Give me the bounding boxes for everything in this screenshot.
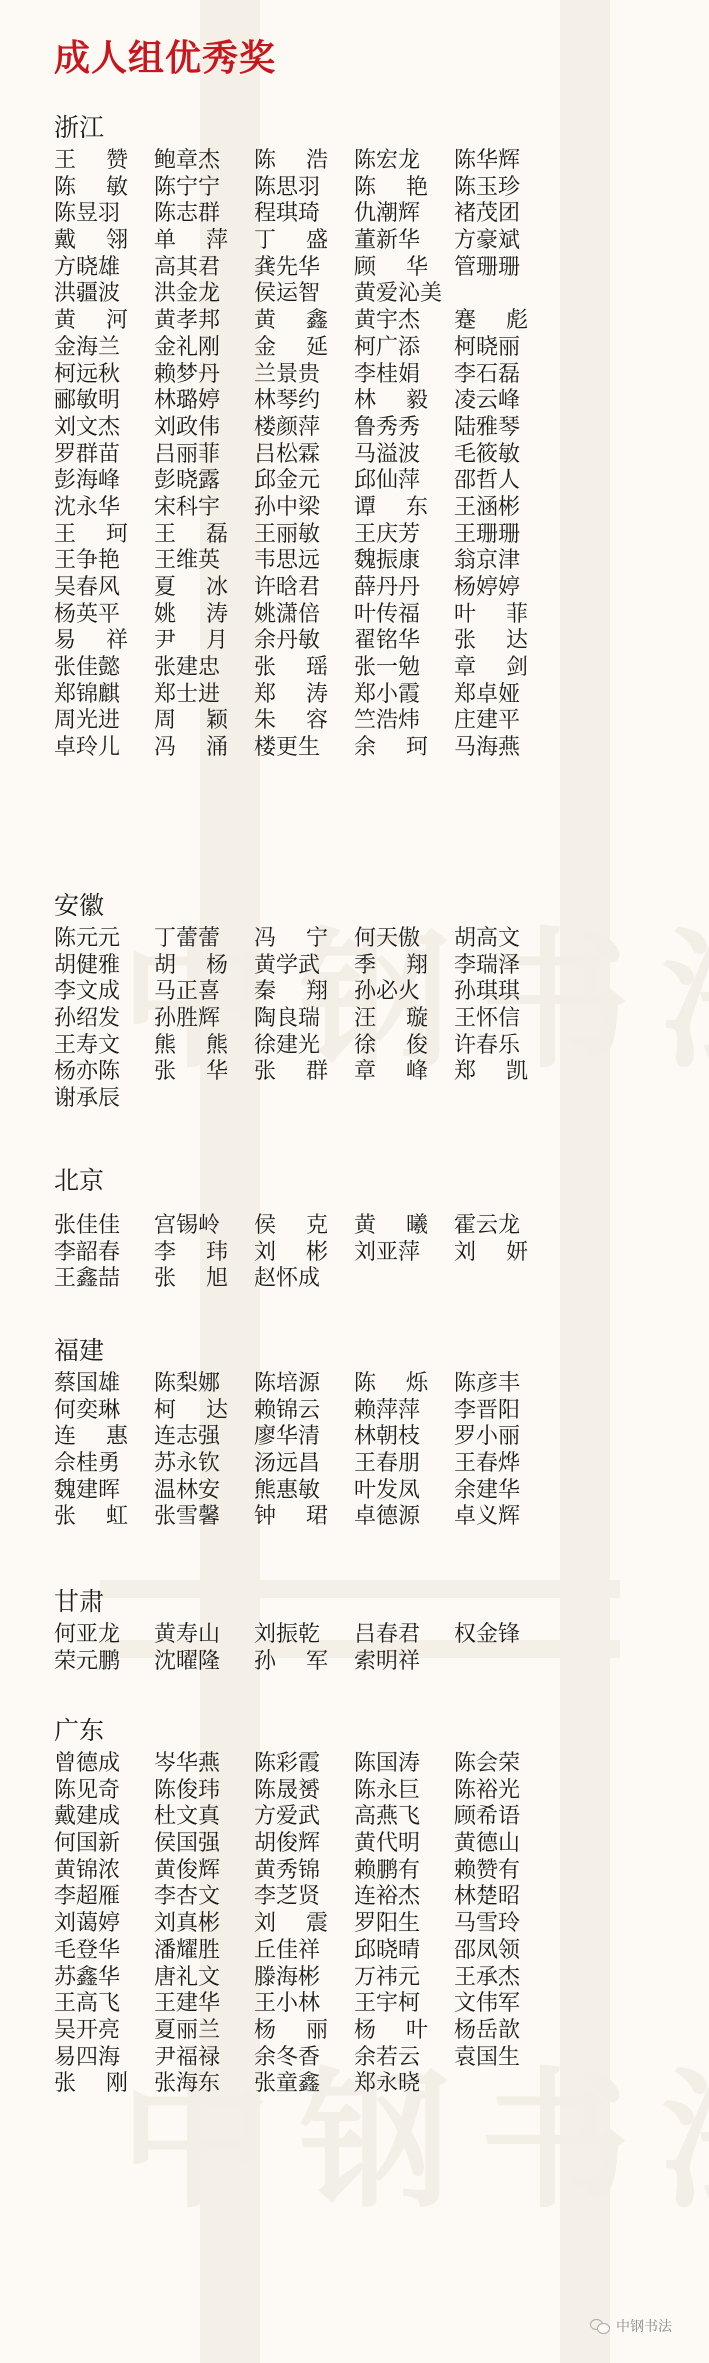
awardee-name: 邱金元	[254, 468, 328, 494]
awardee-name: 刘震	[254, 1911, 328, 1937]
awardee-name: 徐建光	[254, 1033, 328, 1059]
awardee-name: 单萍	[154, 228, 228, 254]
awardee-name: 王建华	[154, 1991, 228, 2017]
awardee-name: 王春朋	[354, 1451, 428, 1477]
awardee-name: 李桂娟	[354, 362, 428, 388]
awardee-name: 王承杰	[454, 1965, 528, 1991]
awardee-name: 陈见奇	[54, 1778, 128, 1804]
awardee-name: 张建忠	[154, 655, 228, 681]
awardee-name: 林琴约	[254, 388, 328, 414]
name-char: 王	[54, 148, 76, 174]
name-char: 熊	[154, 1033, 176, 1059]
name-row: 李文成马正喜秦翔孙必火孙琪琪	[54, 979, 104, 1006]
awardee-name: 廖华清	[254, 1424, 328, 1450]
awardee-name: 陈昱羽	[54, 201, 128, 227]
name-char: 延	[306, 335, 328, 361]
awardee-name: 万祎元	[354, 1965, 428, 1991]
awardee-name: 黄爱沁美	[354, 281, 454, 307]
awardee-name: 卓德源	[354, 1504, 428, 1530]
awardee-name: 王小林	[254, 1991, 328, 2017]
awardee-name: 陈裕光	[454, 1778, 528, 1804]
name-row: 柯远秋赖梦丹兰景贵李桂娟李石磊	[54, 362, 104, 389]
name-char: 钟	[254, 1504, 276, 1530]
name-row: 王赞鲍章杰陈浩陈宏龙陈华辉	[54, 148, 104, 175]
awardee-name: 唐礼文	[154, 1965, 228, 1991]
awardee-name: 程琪琦	[254, 201, 328, 227]
awardee-name: 方爱武	[254, 1804, 328, 1830]
awardee-name: 余丹敏	[254, 628, 328, 654]
awardee-name: 易祥	[54, 628, 128, 654]
awardee-name: 王珊珊	[454, 522, 528, 548]
awardee-name: 李石磊	[454, 362, 528, 388]
awardee-name: 林毅	[354, 388, 428, 414]
awardee-name: 陈宁宁	[154, 175, 228, 201]
awardee-name: 孙中梁	[254, 495, 328, 521]
awardee-name: 杨婷婷	[454, 575, 528, 601]
awardee-name: 林楚昭	[454, 1884, 528, 1910]
awardee-name: 吕丽菲	[154, 442, 228, 468]
name-char: 磊	[206, 522, 228, 548]
name-char: 李	[154, 1240, 176, 1266]
awardee-name: 胡健雅	[54, 953, 128, 979]
section-beijing: 北京 张佳佳宫锡岭侯克黄曦霍云龙李韶春李玮刘彬刘亚萍刘妍王鑫喆张旭赵怀成	[54, 1165, 104, 1293]
awardee-name: 金延	[254, 335, 328, 361]
awardee-name: 柯达	[154, 1398, 228, 1424]
awardee-name: 汪璇	[354, 1006, 428, 1032]
name-row: 陈敏陈宁宁陈思羽陈艳陈玉珍	[54, 175, 104, 202]
name-char: 旭	[206, 1266, 228, 1292]
awardee-name: 丁蕾蕾	[154, 926, 228, 952]
awardee-name: 翁京津	[454, 548, 528, 574]
awardee-name: 张刚	[54, 2071, 128, 2097]
name-char: 连	[54, 1424, 76, 1450]
awardee-name: 刘振乾	[254, 1622, 328, 1648]
awardee-name: 陈元元	[54, 926, 128, 952]
awardee-name: 庄建平	[454, 708, 528, 734]
awardee-name: 章剑	[454, 655, 528, 681]
name-row: 陈见奇陈俊玮陈晟赟陈永巨陈裕光	[54, 1778, 104, 1805]
awardee-name: 王宇柯	[354, 1991, 428, 2017]
awardee-name: 卓义辉	[454, 1504, 528, 1530]
awardee-name: 余珂	[354, 735, 428, 761]
name-char: 涛	[306, 682, 328, 708]
awardee-name: 熊熊	[154, 1033, 228, 1059]
awardee-name: 胡俊辉	[254, 1831, 328, 1857]
awardee-name: 宫锡岭	[154, 1213, 228, 1239]
awardee-name: 罗小丽	[454, 1424, 528, 1450]
awardee-name: 陈永巨	[354, 1778, 428, 1804]
name-row: 张虹张雪馨钟珺卓德源卓义辉	[54, 1504, 104, 1531]
awardee-name: 连志强	[154, 1424, 228, 1450]
name-row: 胡健雅胡杨黄学武季翔李瑞泽	[54, 953, 104, 980]
awardee-name: 柯远秋	[54, 362, 128, 388]
awardee-name: 罗群苗	[54, 442, 128, 468]
awardee-name: 高燕飞	[354, 1804, 428, 1830]
name-char: 熊	[206, 1033, 228, 1059]
name-row: 黄锦浓黄俊辉黄秀锦赖鹏有赖赞有	[54, 1858, 104, 1885]
name-row: 刘蔼婷刘真彬刘震罗阳生马雪玲	[54, 1911, 104, 1938]
name-char: 剑	[506, 655, 528, 681]
name-char: 张	[54, 2071, 76, 2097]
awardee-name: 李杏文	[154, 1884, 228, 1910]
name-char: 陈	[354, 175, 376, 201]
awardee-name: 张旭	[154, 1266, 228, 1292]
awardee-name: 刘妍	[454, 1240, 528, 1266]
name-char: 烁	[406, 1371, 428, 1397]
awardee-name: 冯涌	[154, 735, 228, 761]
awardee-name: 马正喜	[154, 979, 228, 1005]
name-char: 季	[354, 953, 376, 979]
name-char: 盛	[306, 228, 328, 254]
awardee-name: 黄俊辉	[154, 1858, 228, 1884]
name-char: 秦	[254, 979, 276, 1005]
awardee-name: 金礼刚	[154, 335, 228, 361]
awardee-name: 文伟军	[454, 1991, 528, 2017]
name-char: 珂	[106, 522, 128, 548]
account-name: 中钢书法	[616, 2316, 672, 2336]
awardee-name: 王维英	[154, 548, 228, 574]
section-heading: 福建	[54, 1335, 104, 1371]
name-char: 丁	[254, 228, 276, 254]
name-char: 姚	[154, 602, 176, 628]
name-row: 方晓雄高其君龚先华顾华管珊珊	[54, 255, 104, 282]
section-guangdong: 广东 曾德成岑华燕陈彩霞陈国涛陈会荣陈见奇陈俊玮陈晟赟陈永巨陈裕光戴建成杜文真方…	[54, 1715, 104, 2098]
name-char: 单	[154, 228, 176, 254]
awardee-name: 郑小霞	[354, 682, 428, 708]
section-heading: 北京	[54, 1165, 104, 1201]
awardee-name: 李晋阳	[454, 1398, 528, 1424]
name-char: 瑶	[306, 655, 328, 681]
awardee-name: 张华	[154, 1059, 228, 1085]
name-row: 苏鑫华唐礼文滕海彬万祎元王承杰	[54, 1965, 104, 1992]
awardee-name: 郑锦麒	[54, 682, 128, 708]
awardee-name: 滕海彬	[254, 1965, 328, 1991]
name-char: 彬	[306, 1240, 328, 1266]
name-char: 蹇	[454, 308, 476, 334]
awardee-name: 陈思羽	[254, 175, 328, 201]
awardee-name: 郑涛	[254, 682, 328, 708]
name-char: 顾	[354, 255, 376, 281]
awardee-name: 佘桂勇	[54, 1451, 128, 1477]
name-row: 罗群苗吕丽菲吕松霖马溢波毛筱敏	[54, 442, 104, 469]
awardee-name: 马雪玲	[454, 1911, 528, 1937]
awardee-name: 罗阳生	[354, 1911, 428, 1937]
awardee-name: 邱仙萍	[354, 468, 428, 494]
name-char: 艳	[406, 175, 428, 201]
name-char: 柯	[154, 1398, 176, 1424]
awardee-name: 毛登华	[54, 1938, 128, 1964]
name-row: 洪疆波洪金龙侯运智黄爱沁美	[54, 281, 104, 308]
awardee-name: 宋科宇	[154, 495, 228, 521]
name-row: 杨亦陈张华张群章峰郑凯	[54, 1059, 104, 1086]
awardee-name: 秦翔	[254, 979, 328, 1005]
name-row: 黄河黄孝邦黄鑫黄宇杰蹇彪	[54, 308, 104, 335]
name-char: 军	[306, 1649, 328, 1675]
awardee-name: 林璐婷	[154, 388, 228, 414]
name-char: 刘	[454, 1240, 476, 1266]
name-char: 周	[154, 708, 176, 734]
awardee-name: 王磊	[154, 522, 228, 548]
section-heading: 浙江	[54, 112, 104, 148]
awardee-name: 陈艳	[354, 175, 428, 201]
name-row: 周光进周颖朱容竺浩炜庄建平	[54, 708, 104, 735]
name-row: 陈元元丁蕾蕾冯宁何天傲胡高文	[54, 926, 104, 953]
name-row: 毛登华潘耀胜丘佳祥邱晓晴邵凤领	[54, 1938, 104, 1965]
name-row: 郑锦麒郑士进郑涛郑小霞郑卓娅	[54, 682, 104, 709]
awardee-name: 邱晓晴	[354, 1938, 428, 1964]
name-char: 华	[406, 255, 428, 281]
name-char: 朱	[254, 708, 276, 734]
awardee-name: 赖萍萍	[354, 1398, 428, 1424]
name-char: 陈	[354, 1371, 376, 1397]
awardee-name: 何天傲	[354, 926, 428, 952]
awardee-name: 孙必火	[354, 979, 428, 1005]
name-char: 珂	[406, 735, 428, 761]
awardee-name: 尹福禄	[154, 2045, 228, 2071]
name-char: 汪	[354, 1006, 376, 1032]
awardee-name: 竺浩炜	[354, 708, 428, 734]
name-row: 张刚张海东张童鑫郑永晓	[54, 2071, 104, 2098]
name-char: 胡	[154, 953, 176, 979]
name-char: 华	[206, 1059, 228, 1085]
awardee-name: 邵凤领	[454, 1938, 528, 1964]
awardee-name: 孙绍发	[54, 1006, 128, 1032]
awardee-name: 陈彩霞	[254, 1751, 328, 1777]
name-char: 宁	[306, 926, 328, 952]
wechat-icon	[590, 2319, 610, 2333]
name-char: 月	[206, 628, 228, 654]
name-row: 王高飞王建华王小林王宇柯文伟军	[54, 1991, 104, 2018]
name-char: 徐	[354, 1033, 376, 1059]
name-char: 郑	[254, 682, 276, 708]
awardee-name: 姚潇倍	[254, 602, 328, 628]
name-row: 易四海尹福禄余冬香余若云袁国生	[54, 2045, 104, 2072]
name-char: 林	[354, 388, 376, 414]
awardee-name: 何亚龙	[54, 1622, 128, 1648]
awardee-name: 金海兰	[54, 335, 128, 361]
awardee-name: 徐俊	[354, 1033, 428, 1059]
name-char: 冯	[254, 926, 276, 952]
name-row: 曾德成岑华燕陈彩霞陈国涛陈会荣	[54, 1751, 104, 1778]
name-grid: 张佳佳宫锡岭侯克黄曦霍云龙李韶春李玮刘彬刘亚萍刘妍王鑫喆张旭赵怀成	[54, 1213, 104, 1293]
awardee-name: 蔡国雄	[54, 1371, 128, 1397]
awardee-name: 顾希语	[454, 1804, 528, 1830]
awardee-name: 陈华辉	[454, 148, 528, 174]
awardee-name: 李文成	[54, 979, 128, 1005]
name-char: 叶	[454, 602, 476, 628]
name-char: 丽	[306, 2018, 328, 2044]
name-row: 吴春风夏冰许晗君薛丹丹杨婷婷	[54, 575, 104, 602]
name-row: 谢承辰	[54, 1086, 104, 1113]
name-char: 叶	[406, 2018, 428, 2044]
awardee-name: 杨英平	[54, 602, 128, 628]
name-char: 夏	[154, 575, 176, 601]
name-char: 浩	[306, 148, 328, 174]
awardee-name: 王争艳	[54, 548, 128, 574]
awardee-name: 吴春风	[54, 575, 128, 601]
awardee-name: 温林安	[154, 1478, 228, 1504]
awardee-name: 彭晓露	[154, 468, 228, 494]
awardee-name: 姚涛	[154, 602, 228, 628]
name-char: 刘	[254, 1911, 276, 1937]
name-char: 峰	[406, 1059, 428, 1085]
name-char: 翎	[106, 228, 128, 254]
awardee-name: 丁盛	[254, 228, 328, 254]
awardee-name: 张童鑫	[254, 2071, 328, 2097]
awardee-name: 李瑞泽	[454, 953, 528, 979]
name-row: 何奕琳柯达赖锦云赖萍萍李晋阳	[54, 1398, 104, 1425]
name-grid: 曾德成岑华燕陈彩霞陈国涛陈会荣陈见奇陈俊玮陈晟赟陈永巨陈裕光戴建成杜文真方爱武高…	[54, 1751, 104, 2098]
awardee-name: 陈彦丰	[454, 1371, 528, 1397]
awardee-name: 夏冰	[154, 575, 228, 601]
name-char: 容	[306, 708, 328, 734]
name-char: 余	[354, 735, 376, 761]
awardee-name: 兰景贵	[254, 362, 328, 388]
awardee-name: 冯宁	[254, 926, 328, 952]
name-char: 翔	[406, 953, 428, 979]
name-char: 陈	[254, 148, 276, 174]
name-char: 珺	[306, 1504, 328, 1530]
awardee-name: 周光进	[54, 708, 128, 734]
awardee-name: 邵哲人	[454, 468, 528, 494]
awardee-name: 张一勉	[354, 655, 428, 681]
name-row: 魏建晖温林安熊惠敏叶发凤余建华	[54, 1478, 104, 1505]
awardee-name: 董新华	[354, 228, 428, 254]
awardee-name: 陈宏龙	[354, 148, 428, 174]
awardee-name: 方豪斌	[454, 228, 528, 254]
awardee-name: 黄宇杰	[354, 308, 428, 334]
awardee-name: 陈敏	[54, 175, 128, 201]
awardee-name: 夏丽兰	[154, 2018, 228, 2044]
awardee-name: 陆雅琴	[454, 415, 528, 441]
awardee-name: 钟珺	[254, 1504, 328, 1530]
awardee-name: 朱容	[254, 708, 328, 734]
name-grid: 王赞鲍章杰陈浩陈宏龙陈华辉陈敏陈宁宁陈思羽陈艳陈玉珍陈昱羽陈志群程琪琦仇潮辉褚茂…	[54, 148, 104, 762]
name-char: 黄	[54, 308, 76, 334]
awardee-name: 曾德成	[54, 1751, 128, 1777]
awardee-name: 魏建晖	[54, 1478, 128, 1504]
name-grid: 蔡国雄陈梨娜陈培源陈烁陈彦丰何奕琳柯达赖锦云赖萍萍李晋阳连惠连志强廖华清林朝枝罗…	[54, 1371, 104, 1531]
awardee-name: 吕春君	[354, 1622, 428, 1648]
name-char: 张	[154, 1266, 176, 1292]
awardee-name: 刘真彬	[154, 1911, 228, 1937]
name-char: 黄	[354, 1213, 376, 1239]
awardee-name: 章峰	[354, 1059, 428, 1085]
awardee-name: 侯国强	[154, 1831, 228, 1857]
name-char: 张	[154, 1059, 176, 1085]
awardee-name: 郑卓娅	[454, 682, 528, 708]
awardee-name: 王庆芳	[354, 522, 428, 548]
awardee-name: 熊惠敏	[254, 1478, 328, 1504]
awardee-name: 尹月	[154, 628, 228, 654]
name-char: 达	[506, 628, 528, 654]
name-char: 涛	[206, 602, 228, 628]
awardee-name: 赖锦云	[254, 1398, 328, 1424]
awardee-name: 赖鹏有	[354, 1858, 428, 1884]
awardee-name: 刘蔼婷	[54, 1911, 128, 1937]
awardee-name: 霍云龙	[454, 1213, 528, 1239]
name-char: 涌	[206, 735, 228, 761]
awardee-name: 余冬香	[254, 2045, 328, 2071]
awardee-name: 许春乐	[454, 1033, 528, 1059]
awardee-name: 仇潮辉	[354, 201, 428, 227]
name-row: 沈永华宋科宇孙中梁谭东王涵彬	[54, 495, 104, 522]
awardee-name: 陈国涛	[354, 1751, 428, 1777]
name-char: 王	[54, 522, 76, 548]
name-char: 俊	[406, 1033, 428, 1059]
awardee-name: 柯广添	[354, 335, 428, 361]
name-char: 冯	[154, 735, 176, 761]
name-row: 何亚龙黄寿山刘振乾吕春君权金锋	[54, 1622, 104, 1649]
name-char: 王	[154, 522, 176, 548]
name-char: 震	[306, 1911, 328, 1937]
awardee-name: 黄秀锦	[254, 1858, 328, 1884]
awardee-name: 苏鑫华	[54, 1965, 128, 1991]
awardee-name: 张佳佳	[54, 1213, 128, 1239]
awardee-name: 何奕琳	[54, 1398, 128, 1424]
awardee-name: 韦思远	[254, 548, 328, 574]
awardee-name: 周颖	[154, 708, 228, 734]
awardee-name: 王春烨	[454, 1451, 528, 1477]
awardee-name: 陈烁	[354, 1371, 428, 1397]
awardee-name: 李韶春	[54, 1240, 128, 1266]
awardee-name: 荣元鹏	[54, 1649, 128, 1675]
awardee-name: 杨亦陈	[54, 1059, 128, 1085]
awardee-name: 赵怀成	[254, 1266, 328, 1292]
awardee-name: 柯晓丽	[454, 335, 528, 361]
name-char: 易	[54, 628, 76, 654]
awardee-name: 薛丹丹	[354, 575, 428, 601]
awardee-name: 黄孝邦	[154, 308, 228, 334]
name-char: 翔	[306, 979, 328, 1005]
awardee-name: 胡高文	[454, 926, 528, 952]
awardee-name: 洪疆波	[54, 281, 128, 307]
name-char: 刘	[254, 1240, 276, 1266]
awardee-name: 陈俊玮	[154, 1778, 228, 1804]
awardee-name: 马海燕	[454, 735, 528, 761]
name-char: 敏	[106, 175, 128, 201]
awardee-name: 林朝枝	[354, 1424, 428, 1450]
name-row: 王珂王磊王丽敏王庆芳王珊珊	[54, 522, 104, 549]
awardee-name: 孙胜辉	[154, 1006, 228, 1032]
name-row: 吴开亮夏丽兰杨丽杨叶杨岳歆	[54, 2018, 104, 2045]
name-row: 蔡国雄陈梨娜陈培源陈烁陈彦丰	[54, 1371, 104, 1398]
awardee-name: 王鑫喆	[54, 1266, 128, 1292]
section-heading: 广东	[54, 1715, 104, 1751]
name-char: 达	[206, 1398, 228, 1424]
awardee-name: 马溢波	[354, 442, 428, 468]
name-char: 东	[406, 495, 428, 521]
name-char: 戴	[54, 228, 76, 254]
awardee-name: 汤远昌	[254, 1451, 328, 1477]
name-row: 连惠连志强廖华清林朝枝罗小丽	[54, 1424, 104, 1451]
awardee-name: 李超雁	[54, 1884, 128, 1910]
awardee-name: 侯运智	[254, 281, 328, 307]
awardee-name: 郦敏明	[54, 388, 128, 414]
awardee-name: 方晓雄	[54, 255, 128, 281]
section-anhui: 安徽 陈元元丁蕾蕾冯宁何天傲胡高文胡健雅胡杨黄学武季翔李瑞泽李文成马正喜秦翔孙必…	[54, 890, 104, 1113]
name-char: 克	[306, 1213, 328, 1239]
awardee-name: 黄河	[54, 308, 128, 334]
name-row: 杨英平姚涛姚潇倍叶传福叶菲	[54, 602, 104, 629]
name-char: 河	[106, 308, 128, 334]
name-row: 戴翎单萍丁盛董新华方豪斌	[54, 228, 104, 255]
name-char: 尹	[154, 628, 176, 654]
awardee-name: 索明祥	[354, 1649, 428, 1675]
awardee-name: 张海东	[154, 2071, 228, 2097]
awardee-name: 叶传福	[354, 602, 428, 628]
name-char: 祥	[106, 628, 128, 654]
